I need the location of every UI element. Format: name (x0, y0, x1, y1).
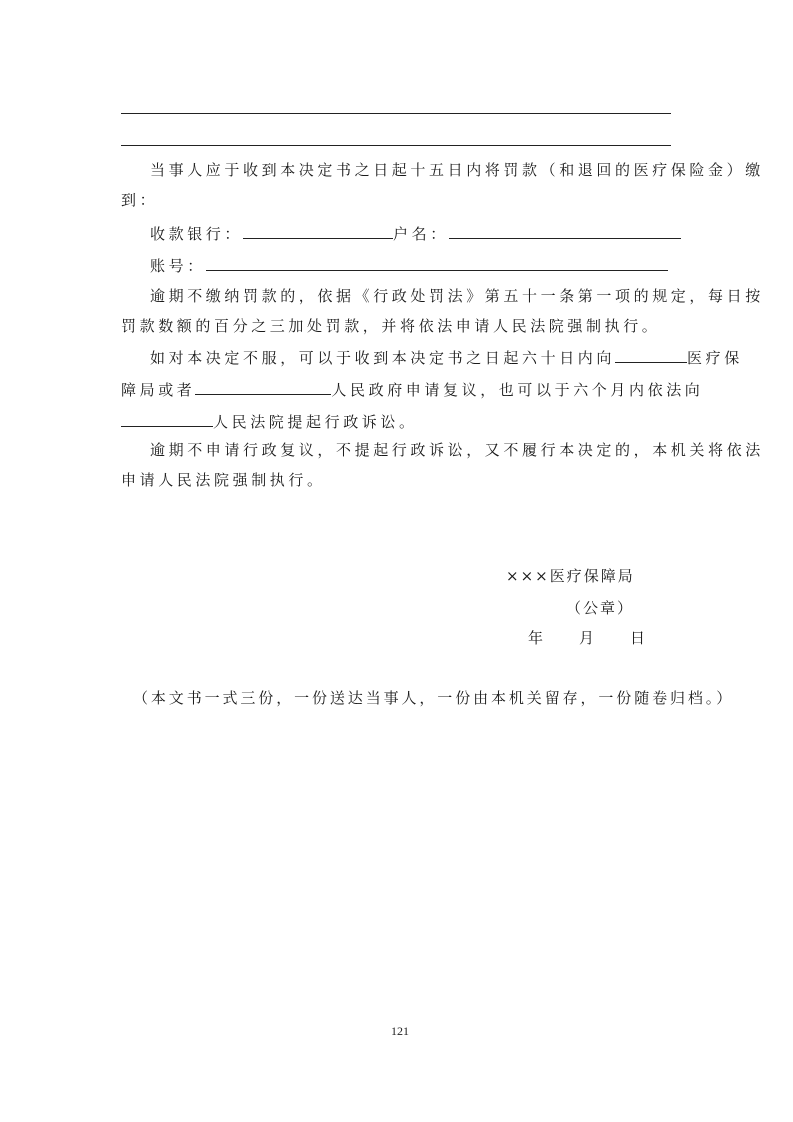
account-number-row: 账号： (150, 254, 668, 276)
appeal-paragraph-line-2: 障局或者人民政府申请复议，也可以于六个月内依法向 (121, 378, 703, 400)
account-name-label: 户名： (393, 225, 449, 243)
account-number-field[interactable] (206, 254, 668, 271)
blank-rule-line-2 (121, 145, 671, 146)
appeal-paragraph-line-1: 如对本决定不服，可以于收到本决定书之日起六十日内向医疗保 (150, 346, 743, 368)
account-number-label: 账号： (150, 257, 206, 275)
payment-paragraph-line-1: 当事人应于收到本决定书之日起十五日内将罚款（和退回的医疗保险金）缴 (150, 160, 764, 180)
issuing-authority: ×××医疗保障局 (506, 566, 635, 586)
official-seal: （公章） (566, 598, 634, 618)
appeal-text: 人民政府申请复议，也可以于六个月内依法向 (331, 381, 703, 399)
copies-note: （本文书一式三份，一份送达当事人，一份由本机关留存，一份随卷归档。） (133, 688, 734, 708)
bank-info-row: 收款银行：户名： (150, 222, 681, 244)
appeal-text: 人民法院提起行政诉讼。 (213, 413, 418, 431)
overdue-paragraph-line-2: 罚款数额的百分之三加处罚款，并将依法申请人民法院强制执行。 (121, 316, 660, 336)
account-name-field[interactable] (449, 222, 681, 239)
appeal-text: 如对本决定不服，可以于收到本决定书之日起六十日内向 (150, 349, 615, 367)
bank-label: 收款银行： (150, 225, 243, 243)
document-page: 当事人应于收到本决定书之日起十五日内将罚款（和退回的医疗保险金）缴 到： 收款银… (0, 0, 793, 1122)
appeal-text: 障局或者 (121, 381, 195, 399)
signature-date: 年 月 日 (528, 628, 647, 648)
enforcement-paragraph-line-2: 申请人民法院强制执行。 (121, 470, 326, 490)
overdue-paragraph-line-1: 逾期不缴纳罚款的，依据《行政处罚法》第五十一条第一项的规定，每日按 (150, 286, 764, 306)
government-field[interactable] (195, 378, 331, 395)
court-field[interactable] (121, 410, 213, 427)
page-number: 121 (380, 1024, 420, 1039)
payment-paragraph-line-2: 到： (121, 190, 158, 210)
blank-rule-line-1 (121, 113, 671, 114)
appeal-text: 医疗保 (687, 349, 743, 367)
bank-field[interactable] (243, 222, 393, 239)
enforcement-paragraph-line-1: 逾期不申请行政复议，不提起行政诉讼，又不履行本决定的，本机关将依法 (150, 440, 764, 460)
review-authority-field[interactable] (615, 346, 687, 363)
appeal-paragraph-line-3: 人民法院提起行政诉讼。 (121, 410, 418, 432)
